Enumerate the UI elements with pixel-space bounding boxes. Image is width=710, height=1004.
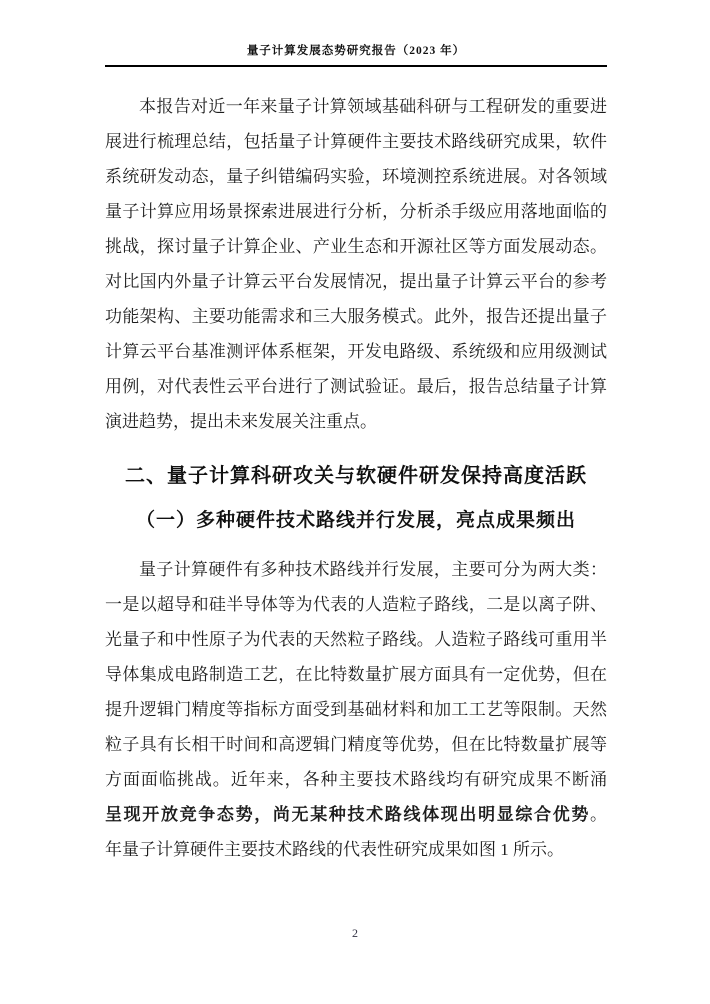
page-body: 本报告对近一年来量子计算领域基础科研与工程研发的重要进 展进行梳理总结，包括量子… <box>105 89 607 867</box>
text-line: 演进趋势，提出未来发展关注重点。 <box>105 404 607 439</box>
paragraph-hardware-routes: 量子计算硬件有多种技术路线并行发展，主要可分为两大类： 一是以超导和硅半导体等为… <box>105 552 607 867</box>
running-head-title: 量子计算发展态势研究报告（2023 年） <box>105 42 607 60</box>
text-line: 用例，对代表性云平台进行了测试验证。最后，报告总结量子计算 <box>105 369 607 404</box>
text-line: 展进行梳理总结，包括量子计算硬件主要技术路线研究成果，软件 <box>105 124 607 159</box>
text-line: 对比国内外量子计算云平台发展情况，提出量子计算云平台的参考 <box>105 264 607 299</box>
text-line: 方面面临挑战。近年来，各种主要技术路线均有研究成果不断涌现， <box>105 762 607 797</box>
document-page: 量子计算发展态势研究报告（2023 年） 本报告对近一年来量子计算领域基础科研与… <box>0 0 710 1004</box>
text-line: 导体集成电路制造工艺，在比特数量扩展方面具有一定优势，但在 <box>105 657 607 692</box>
text-line: 年量子计算硬件主要技术路线的代表性研究成果如图 1 所示。 <box>105 832 607 867</box>
text-line: 本报告对近一年来量子计算领域基础科研与工程研发的重要进 <box>105 89 607 124</box>
header-rule <box>105 65 607 67</box>
text-line: 一是以超导和硅半导体等为代表的人造粒子路线，二是以离子阱、 <box>105 587 607 622</box>
text-line-emphasis: 呈现开放竞争态势，尚无某种技术路线体现出明显综合优势。2023 <box>105 797 607 832</box>
text-line: 系统研发动态，量子纠错编码实验，环境测控系统进展。对各领域 <box>105 159 607 194</box>
subsection-heading: （一）多种硬件技术路线并行发展，亮点成果频出 <box>105 506 607 536</box>
text-line: 量子计算硬件有多种技术路线并行发展，主要可分为两大类： <box>105 552 607 587</box>
section-heading: 二、量子计算科研攻关与软硬件研发保持高度活跃 <box>105 461 607 491</box>
page-header: 量子计算发展态势研究报告（2023 年） <box>105 0 607 67</box>
text-line: 量子计算应用场景探索进展进行分析，分析杀手级应用落地面临的 <box>105 194 607 229</box>
paragraph-summary: 本报告对近一年来量子计算领域基础科研与工程研发的重要进 展进行梳理总结，包括量子… <box>105 89 607 439</box>
text-line: 计算云平台基准测评体系框架，开发电路级、系统级和应用级测试 <box>105 334 607 369</box>
text-line: 提升逻辑门精度等指标方面受到基础材料和加工工艺等限制。天然 <box>105 692 607 727</box>
text-line: 粒子具有长相干时间和高逻辑门精度等优势，但在比特数量扩展等 <box>105 727 607 762</box>
bold-emphasis-text: 呈现开放竞争态势，尚无某种技术路线体现出明显综合优势 <box>105 805 590 824</box>
page-number: 2 <box>0 926 710 941</box>
text-line: 功能架构、主要功能需求和三大服务模式。此外，报告还提出量子 <box>105 299 607 334</box>
text-line: 光量子和中性原子为代表的天然粒子路线。人造粒子路线可重用半 <box>105 622 607 657</box>
text-line: 挑战，探讨量子计算企业、产业生态和开源社区等方面发展动态。 <box>105 229 607 264</box>
